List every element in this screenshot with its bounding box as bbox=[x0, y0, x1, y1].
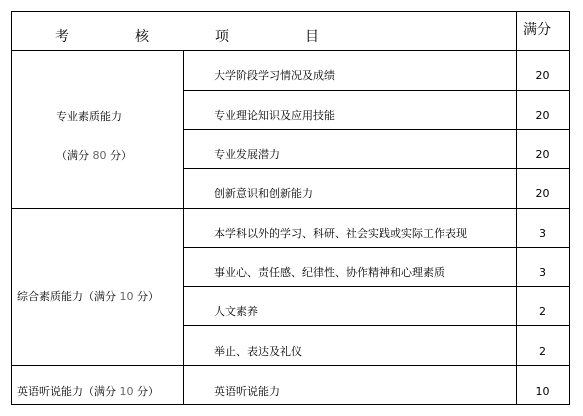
subtitle-number: 10 bbox=[120, 385, 134, 398]
item-score: 20 bbox=[516, 69, 569, 83]
item-label: 大学阶段学习情况及成绩 bbox=[214, 69, 335, 83]
group-name-comprehensive: 综合素质能力（满分 10 分） bbox=[17, 290, 159, 304]
row-divider bbox=[183, 168, 570, 169]
row-divider bbox=[183, 129, 570, 130]
item-label: 专业发展潜力 bbox=[214, 148, 280, 162]
row-divider bbox=[183, 325, 570, 326]
item-label: 专业理论知识及应用技能 bbox=[214, 109, 335, 123]
item-score: 20 bbox=[516, 109, 569, 123]
group-name: 综合素质能力 bbox=[17, 290, 83, 303]
header-score-label: 满分 bbox=[523, 22, 551, 38]
item-score: 3 bbox=[516, 227, 569, 241]
subtitle-prefix: （满分 bbox=[56, 149, 93, 162]
column-divider-category bbox=[183, 50, 184, 405]
item-label: 创新意识和创新能力 bbox=[214, 187, 313, 201]
item-score: 20 bbox=[516, 148, 569, 162]
item-label: 英语听说能力 bbox=[214, 385, 280, 399]
item-label: 人文素养 bbox=[214, 305, 258, 319]
header-char-xiang: 项 bbox=[215, 29, 229, 45]
item-score: 3 bbox=[516, 266, 569, 280]
table-border-bottom bbox=[11, 404, 570, 405]
table-border-right bbox=[569, 11, 570, 405]
item-label: 举止、表达及礼仪 bbox=[214, 345, 302, 359]
group-divider bbox=[11, 365, 570, 366]
group-name-english: 英语听说能力（满分 10 分） bbox=[17, 385, 159, 399]
item-score: 2 bbox=[516, 305, 569, 319]
row-divider bbox=[183, 90, 570, 91]
subtitle-prefix: （满分 bbox=[83, 290, 120, 303]
table-border-left bbox=[11, 11, 12, 405]
table-border-top bbox=[11, 11, 570, 12]
header-char-kao: 考 bbox=[55, 29, 69, 45]
item-score: 10 bbox=[516, 385, 569, 399]
group-name-professional: 专业素质能力 bbox=[56, 110, 122, 124]
header-char-he: 核 bbox=[135, 29, 149, 45]
item-score: 2 bbox=[516, 345, 569, 359]
item-label: 事业心、责任感、纪律性、协作精神和心理素质 bbox=[214, 266, 445, 280]
group-subtitle-professional: （满分 80 分） bbox=[56, 149, 132, 163]
header-char-mu: 目 bbox=[305, 29, 319, 45]
item-score: 20 bbox=[516, 187, 569, 201]
item-label: 本学科以外的学习、科研、社会实践或实际工作表现 bbox=[214, 227, 467, 241]
group-name: 英语听说能力 bbox=[17, 385, 83, 398]
row-divider bbox=[183, 247, 570, 248]
subtitle-suffix: 分） bbox=[134, 290, 160, 303]
header-divider bbox=[11, 50, 570, 51]
row-divider bbox=[183, 286, 570, 287]
subtitle-suffix: 分） bbox=[107, 149, 133, 162]
subtitle-number: 80 bbox=[93, 149, 107, 162]
subtitle-prefix: （满分 bbox=[83, 385, 120, 398]
subtitle-suffix: 分） bbox=[134, 385, 160, 398]
subtitle-number: 10 bbox=[120, 290, 134, 303]
group-divider bbox=[11, 208, 570, 209]
